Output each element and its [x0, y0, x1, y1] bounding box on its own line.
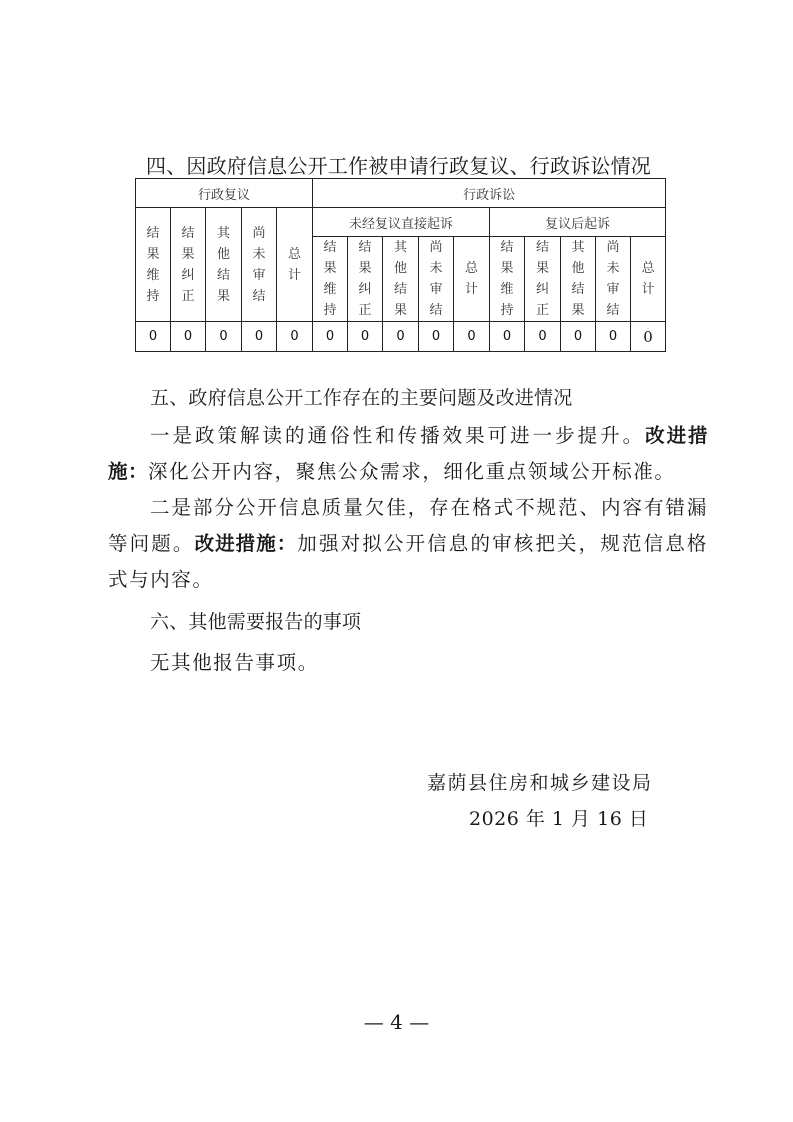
col-review-other: 其他结果 — [206, 208, 242, 322]
col-direct-corrected: 结果纠正 — [348, 237, 383, 322]
col-after-corrected: 结果纠正 — [525, 237, 561, 322]
value-cell: 0 — [596, 322, 631, 352]
value-cell: 0 — [206, 322, 242, 352]
col-review-total: 总计 — [277, 208, 313, 322]
problem-1-paragraph: 一是政策解读的通俗性和传播效果可进一步提升。改进措施：深化公开内容，聚焦公众需求… — [108, 418, 708, 490]
review-lawsuit-table: 行政复议 行政诉讼 结果维持 结果纠正 其他结果 尚未审结 总计 未经复议直接起… — [135, 178, 666, 352]
signature-organization: 嘉荫县住房和城乡建设局 — [427, 768, 653, 795]
value-cell: 0 — [383, 322, 419, 352]
value-cell: 0 — [490, 322, 525, 352]
header-administrative-review: 行政复议 — [136, 179, 313, 208]
signature-date: 2026 年 1 月 16 日 — [469, 804, 648, 831]
document-page: 四、因政府信息公开工作被申请行政复议、行政诉讼情况 行政复议 行政诉讼 结果维持… — [0, 0, 793, 1122]
section-5-heading: 五、政府信息公开工作存在的主要问题及改进情况 — [150, 383, 572, 410]
col-direct-other: 其他结果 — [383, 237, 419, 322]
improvement-1-text: 深化公开内容，聚焦公众需求，细化重点领域公开标准。 — [148, 460, 676, 483]
col-direct-upheld: 结果维持 — [313, 237, 348, 322]
value-cell: 0 — [525, 322, 561, 352]
section-4-heading: 四、因政府信息公开工作被申请行政复议、行政诉讼情况 — [146, 150, 651, 179]
value-cell: 0 — [631, 322, 666, 352]
value-cell: 0 — [171, 322, 206, 352]
col-after-pending: 尚未审结 — [596, 237, 631, 322]
col-review-corrected: 结果纠正 — [171, 208, 206, 322]
problem-1-text: 一是政策解读的通俗性和传播效果可进一步提升。 — [150, 424, 645, 447]
value-cell: 0 — [561, 322, 596, 352]
header-administrative-lawsuit: 行政诉讼 — [313, 179, 666, 208]
header-direct-lawsuit: 未经复议直接起诉 — [313, 208, 490, 237]
col-direct-total: 总计 — [454, 237, 490, 322]
value-cell: 0 — [242, 322, 277, 352]
value-cell: 0 — [136, 322, 171, 352]
col-after-upheld: 结果维持 — [490, 237, 525, 322]
header-lawsuit-after-review: 复议后起诉 — [490, 208, 666, 237]
col-after-total: 总计 — [631, 237, 666, 322]
value-cell: 0 — [419, 322, 454, 352]
table-row-values: 0 0 0 0 0 0 0 0 0 0 0 0 0 0 0 — [136, 322, 666, 352]
col-review-upheld: 结果维持 — [136, 208, 171, 322]
col-direct-pending: 尚未审结 — [419, 237, 454, 322]
col-review-pending: 尚未审结 — [242, 208, 277, 322]
value-cell: 0 — [454, 322, 490, 352]
value-cell: 0 — [313, 322, 348, 352]
value-cell: 0 — [277, 322, 313, 352]
section-6-heading: 六、其他需要报告的事项 — [150, 607, 361, 634]
value-cell: 0 — [348, 322, 383, 352]
problem-2-paragraph: 二是部分公开信息质量欠佳，存在格式不规范、内容有错漏等问题。改进措施：加强对拟公… — [108, 490, 708, 598]
page-number: — 4 — — [0, 1010, 793, 1034]
col-after-other: 其他结果 — [561, 237, 596, 322]
section-6-body: 无其他报告事项。 — [108, 645, 708, 681]
improvement-label-2: 改进措施： — [195, 532, 298, 555]
